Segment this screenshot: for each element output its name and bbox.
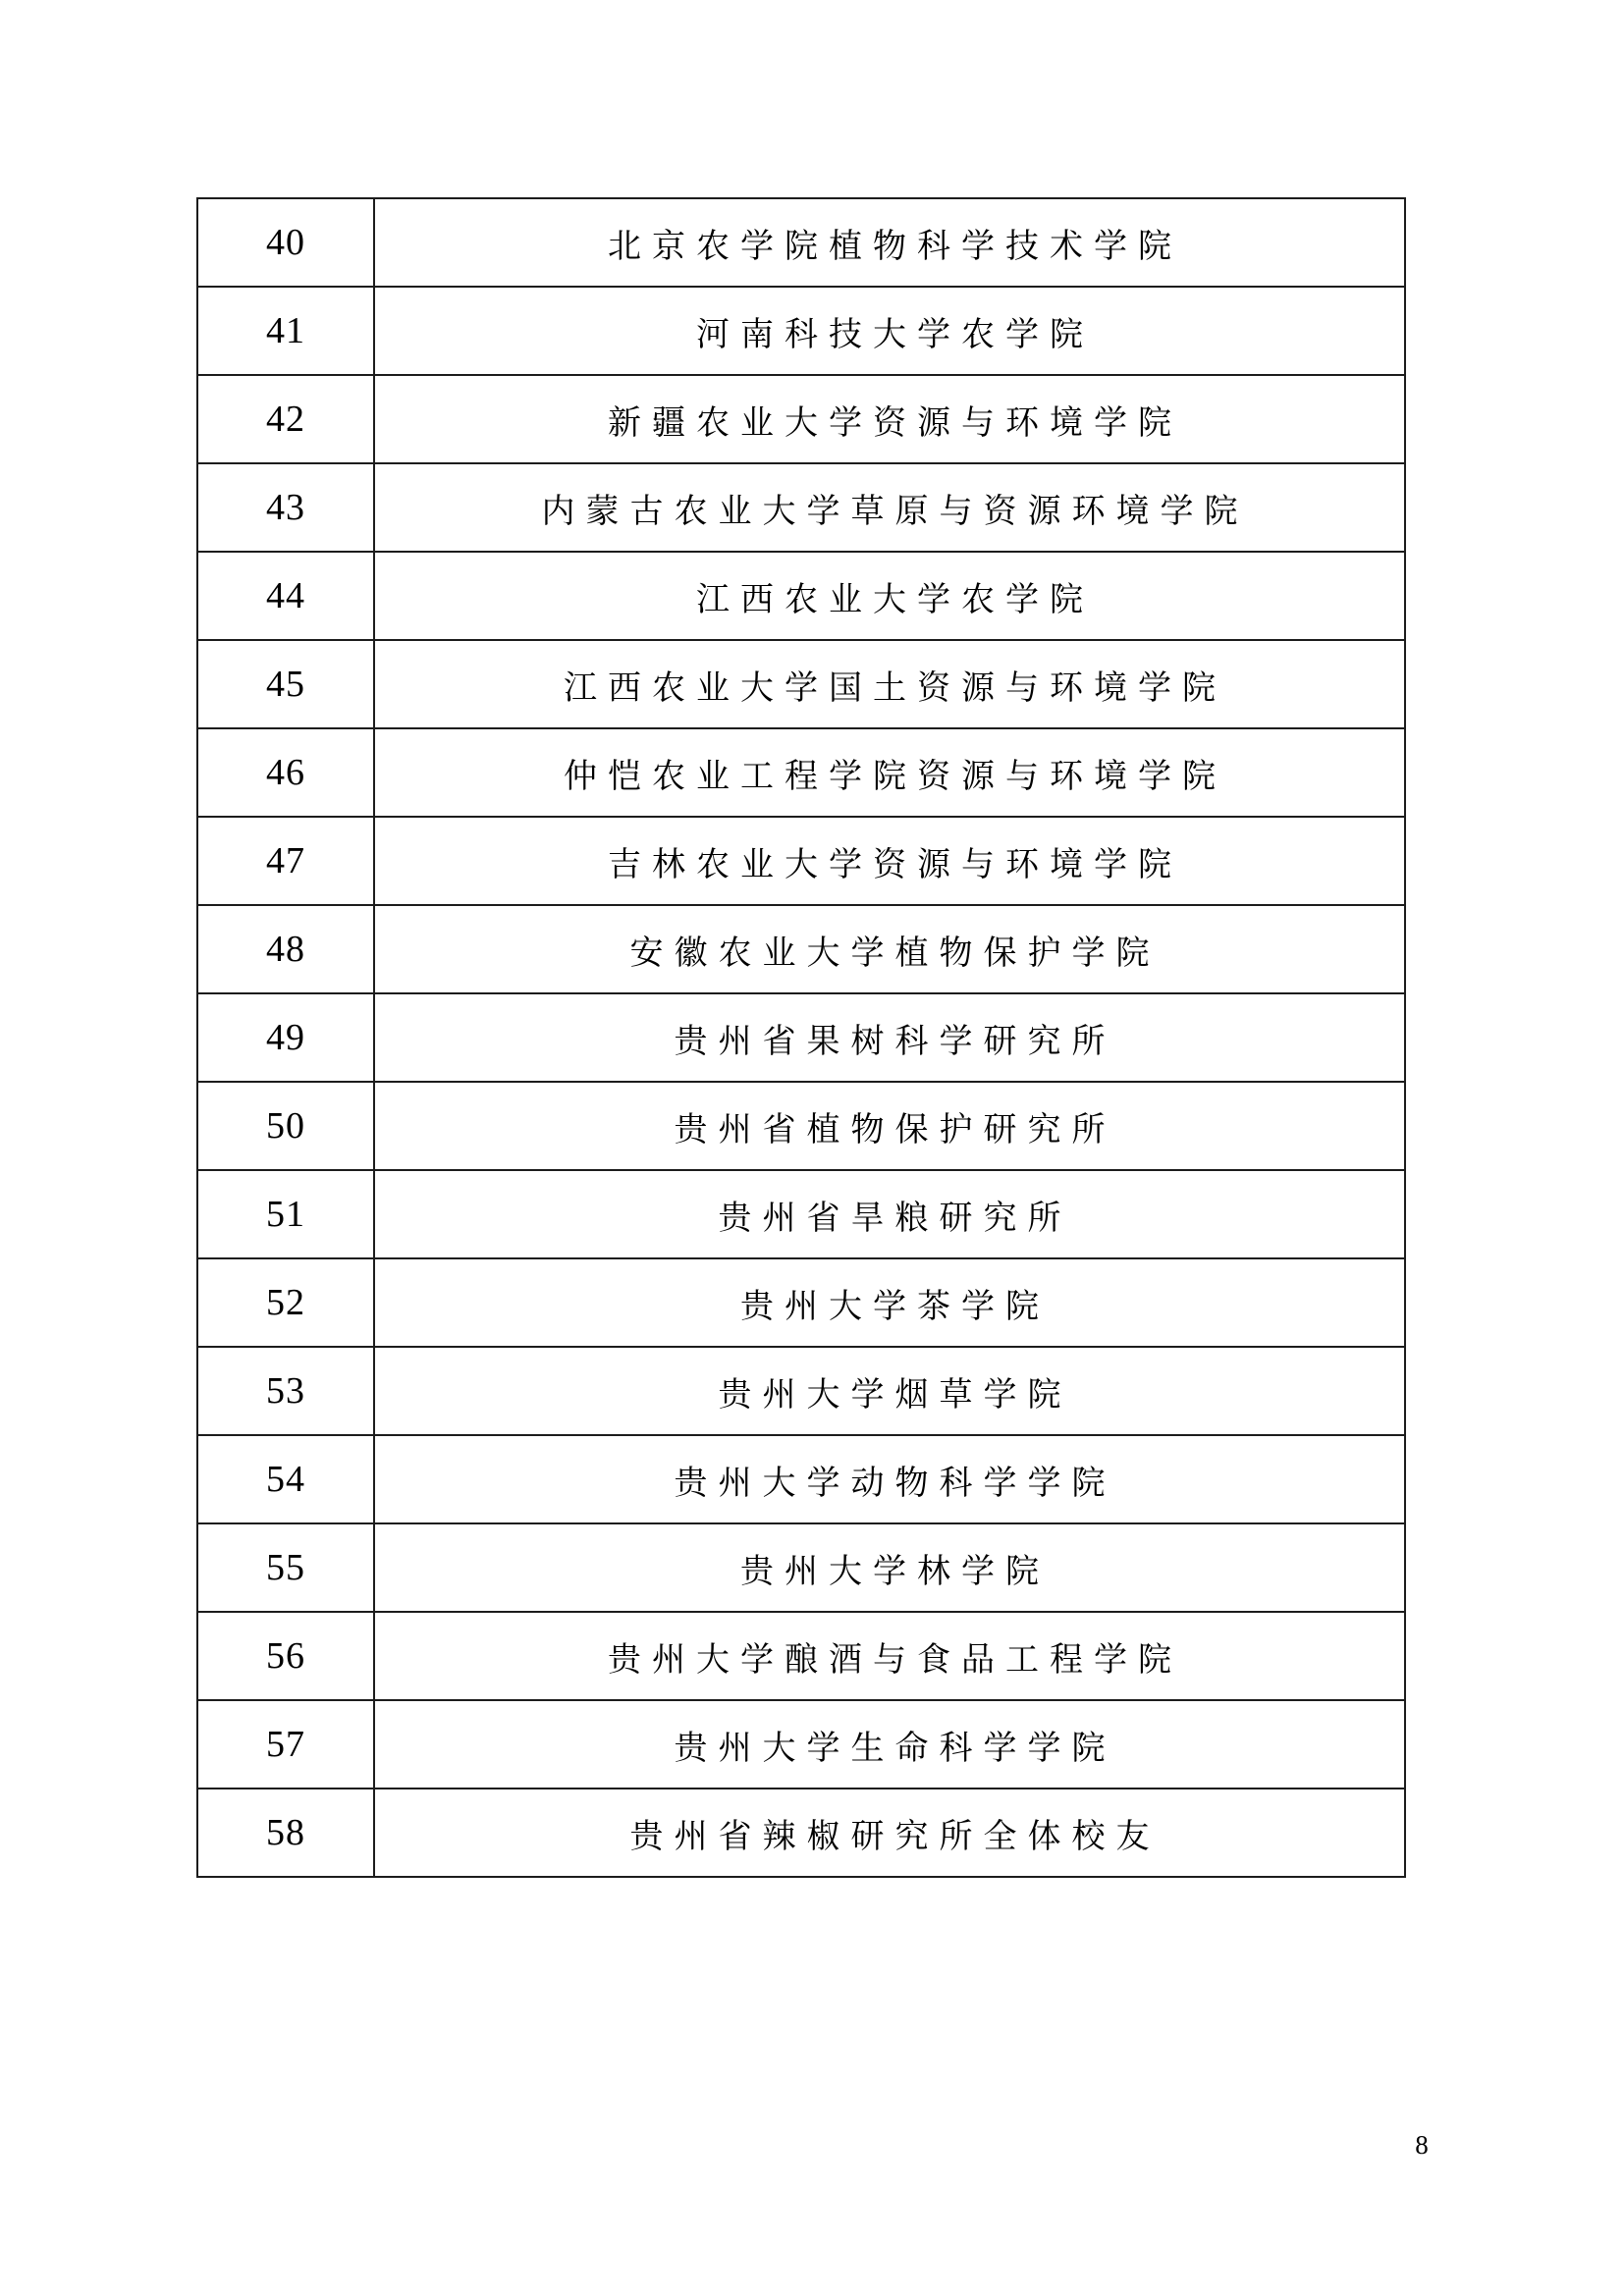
table-row: 44 江西农业大学农学院 <box>197 552 1405 640</box>
row-number-cell: 55 <box>197 1523 374 1612</box>
institution-name-cell: 贵州大学酿酒与食品工程学院 <box>374 1612 1405 1700</box>
row-number-cell: 40 <box>197 198 374 287</box>
table-row: 54 贵州大学动物科学学院 <box>197 1435 1405 1523</box>
table-row: 58 贵州省辣椒研究所全体校友 <box>197 1789 1405 1877</box>
table-row: 43 内蒙古农业大学草原与资源环境学院 <box>197 463 1405 552</box>
row-number-cell: 50 <box>197 1082 374 1170</box>
institution-name-cell: 贵州省旱粮研究所 <box>374 1170 1405 1258</box>
institution-name-cell: 安徽农业大学植物保护学院 <box>374 905 1405 993</box>
row-number-cell: 51 <box>197 1170 374 1258</box>
table-row: 50 贵州省植物保护研究所 <box>197 1082 1405 1170</box>
row-number-cell: 52 <box>197 1258 374 1347</box>
table-row: 46 仲恺农业工程学院资源与环境学院 <box>197 728 1405 817</box>
row-number-cell: 56 <box>197 1612 374 1700</box>
institution-name-cell: 北京农学院植物科学技术学院 <box>374 198 1405 287</box>
table-row: 48 安徽农业大学植物保护学院 <box>197 905 1405 993</box>
row-number-cell: 44 <box>197 552 374 640</box>
table-row: 51 贵州省旱粮研究所 <box>197 1170 1405 1258</box>
row-number-cell: 53 <box>197 1347 374 1435</box>
table-row: 42 新疆农业大学资源与环境学院 <box>197 375 1405 463</box>
institution-name-cell: 贵州大学烟草学院 <box>374 1347 1405 1435</box>
institution-name-cell: 贵州大学茶学院 <box>374 1258 1405 1347</box>
institution-name-cell: 贵州省辣椒研究所全体校友 <box>374 1789 1405 1877</box>
page-number: 8 <box>1402 2130 1441 2161</box>
institution-name-cell: 贵州省果树科学研究所 <box>374 993 1405 1082</box>
institution-name-cell: 贵州大学生命科学学院 <box>374 1700 1405 1789</box>
institution-name-cell: 贵州大学动物科学学院 <box>374 1435 1405 1523</box>
table-row: 40 北京农学院植物科学技术学院 <box>197 198 1405 287</box>
institution-name-cell: 仲恺农业工程学院资源与环境学院 <box>374 728 1405 817</box>
row-number-cell: 43 <box>197 463 374 552</box>
institution-name-cell: 贵州大学林学院 <box>374 1523 1405 1612</box>
institution-name-cell: 内蒙古农业大学草原与资源环境学院 <box>374 463 1405 552</box>
table-row: 56 贵州大学酿酒与食品工程学院 <box>197 1612 1405 1700</box>
institution-name-cell: 江西农业大学农学院 <box>374 552 1405 640</box>
document-page: 40 北京农学院植物科学技术学院 41 河南科技大学农学院 42 新疆农业大学资… <box>0 0 1624 2296</box>
institution-name-cell: 新疆农业大学资源与环境学院 <box>374 375 1405 463</box>
table-row: 41 河南科技大学农学院 <box>197 287 1405 375</box>
table-row: 45 江西农业大学国土资源与环境学院 <box>197 640 1405 728</box>
table-row: 53 贵州大学烟草学院 <box>197 1347 1405 1435</box>
table-row: 52 贵州大学茶学院 <box>197 1258 1405 1347</box>
row-number-cell: 57 <box>197 1700 374 1789</box>
row-number-cell: 47 <box>197 817 374 905</box>
table-row: 47 吉林农业大学资源与环境学院 <box>197 817 1405 905</box>
table-row: 57 贵州大学生命科学学院 <box>197 1700 1405 1789</box>
institution-table: 40 北京农学院植物科学技术学院 41 河南科技大学农学院 42 新疆农业大学资… <box>196 197 1406 1878</box>
row-number-cell: 46 <box>197 728 374 817</box>
row-number-cell: 49 <box>197 993 374 1082</box>
institution-name-cell: 吉林农业大学资源与环境学院 <box>374 817 1405 905</box>
row-number-cell: 54 <box>197 1435 374 1523</box>
row-number-cell: 41 <box>197 287 374 375</box>
row-number-cell: 48 <box>197 905 374 993</box>
institution-table-body: 40 北京农学院植物科学技术学院 41 河南科技大学农学院 42 新疆农业大学资… <box>197 198 1405 1877</box>
row-number-cell: 58 <box>197 1789 374 1877</box>
row-number-cell: 42 <box>197 375 374 463</box>
institution-name-cell: 贵州省植物保护研究所 <box>374 1082 1405 1170</box>
institution-name-cell: 江西农业大学国土资源与环境学院 <box>374 640 1405 728</box>
table-row: 49 贵州省果树科学研究所 <box>197 993 1405 1082</box>
row-number-cell: 45 <box>197 640 374 728</box>
institution-name-cell: 河南科技大学农学院 <box>374 287 1405 375</box>
table-row: 55 贵州大学林学院 <box>197 1523 1405 1612</box>
